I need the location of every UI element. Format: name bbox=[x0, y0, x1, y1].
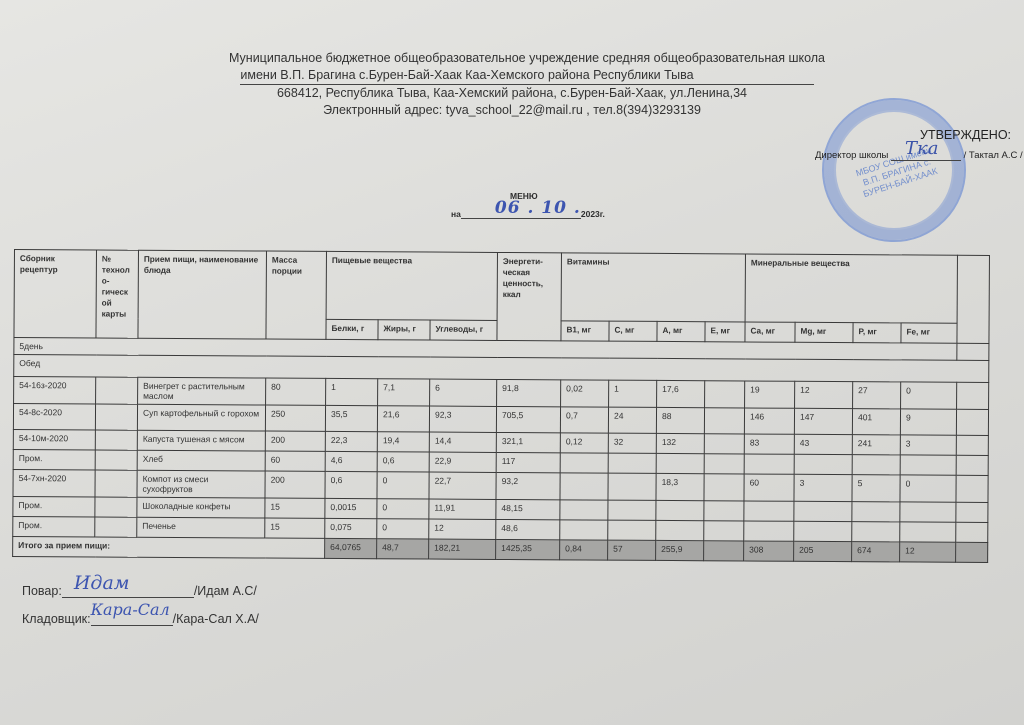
cook-name: /Идам А.С/ bbox=[194, 584, 257, 598]
cell-fe: 3 bbox=[900, 435, 956, 455]
menu-table: Сборник рецептур № технол о- гическ ой к… bbox=[12, 249, 990, 563]
cell-name: Винегрет с растительным маслом bbox=[138, 377, 266, 405]
cell-name: Хлеб bbox=[137, 450, 265, 471]
total-fat: 48,7 bbox=[377, 539, 429, 559]
cell-fe: 0 bbox=[901, 382, 957, 409]
cell-carbs: 14,4 bbox=[429, 432, 496, 452]
date-line: 06 . 10 . bbox=[461, 208, 581, 219]
cell-code: 54-10м-2020 bbox=[13, 429, 95, 450]
header-tech-card: № технол о- гическ ой карты bbox=[96, 250, 139, 338]
cell-energy: 117 bbox=[496, 452, 560, 472]
cell-fe: 0 bbox=[900, 475, 956, 502]
director-signature-block: Директор школы Тка / Тактал А.С / bbox=[815, 150, 1023, 161]
cell-p: 401 bbox=[852, 409, 900, 435]
cell-card bbox=[95, 497, 137, 517]
cell-protein: 0,075 bbox=[325, 518, 377, 538]
cook-label: Повар: bbox=[22, 584, 62, 598]
cell-code: 54-8с-2020 bbox=[13, 404, 95, 431]
header-ca: Са, мг bbox=[745, 322, 795, 342]
cell-e bbox=[704, 434, 744, 454]
cell-portion: 15 bbox=[265, 518, 325, 538]
total-b1: 0,84 bbox=[560, 540, 608, 560]
cell-protein: 22,3 bbox=[325, 431, 377, 451]
cell-extra bbox=[956, 455, 988, 475]
header-carbs: Углеводы, г bbox=[430, 320, 497, 340]
cell-protein: 0,0015 bbox=[325, 498, 377, 518]
cell-portion: 250 bbox=[265, 405, 325, 431]
cell-ca bbox=[744, 454, 794, 474]
cell-extra bbox=[956, 435, 988, 455]
cell-card bbox=[95, 450, 137, 470]
total-label: Итого за прием пищи: bbox=[13, 536, 325, 558]
cell-portion: 80 bbox=[266, 378, 326, 405]
cell-fat: 0 bbox=[377, 519, 429, 539]
header-energy: Энергети- ческая ценность, ккал bbox=[497, 252, 562, 340]
cell-b1 bbox=[560, 500, 608, 520]
cell-protein: 1 bbox=[326, 378, 378, 405]
cell-b1 bbox=[560, 453, 608, 473]
cell-portion: 200 bbox=[265, 431, 325, 451]
cell-b1: 0,02 bbox=[561, 380, 609, 407]
cell-e bbox=[704, 521, 744, 541]
cell-e bbox=[705, 381, 745, 408]
cell-a bbox=[656, 520, 704, 540]
cell-p bbox=[852, 522, 900, 542]
storekeeper-signature-line: Кара-Сал bbox=[91, 612, 173, 626]
cell-b1 bbox=[560, 473, 608, 500]
header-nutrients: Пищевые вещества bbox=[326, 251, 497, 320]
total-ca: 308 bbox=[744, 541, 794, 561]
cell-card bbox=[95, 430, 137, 450]
total-protein: 64,0765 bbox=[325, 538, 377, 558]
cell-portion: 60 bbox=[265, 451, 325, 471]
total-fe: 12 bbox=[900, 542, 956, 562]
cell-extra bbox=[957, 382, 989, 409]
cell-fe bbox=[900, 502, 956, 522]
cell-a: 17,6 bbox=[657, 380, 705, 407]
cell-protein: 35,5 bbox=[325, 405, 377, 431]
cell-ca bbox=[744, 501, 794, 521]
header-fat: Жиры, г bbox=[378, 320, 430, 340]
cell-card bbox=[96, 377, 138, 404]
cell-fe: 9 bbox=[900, 409, 956, 435]
total-a: 255,9 bbox=[656, 540, 704, 560]
cell-ca: 60 bbox=[744, 474, 794, 501]
cook-signature-block: Повар:Идам/Идам А.С/ bbox=[22, 584, 257, 598]
cell-e bbox=[704, 474, 744, 501]
cell-code: 54-7хн-2020 bbox=[13, 469, 95, 497]
cell-mg: 147 bbox=[794, 408, 852, 434]
cell-p: 5 bbox=[852, 475, 900, 502]
cell-protein: 4,6 bbox=[325, 451, 377, 471]
cell-carbs: 6 bbox=[430, 379, 497, 406]
cell-portion: 15 bbox=[265, 498, 325, 518]
total-c: 57 bbox=[608, 540, 656, 560]
director-label: Директор школы bbox=[815, 150, 888, 161]
date-suffix: 2023г. bbox=[581, 209, 605, 219]
cell-energy: 705,5 bbox=[496, 406, 560, 432]
school-name-line2: имени В.П. Брагина с.Бурен-Бай-Хаак Каа-… bbox=[240, 67, 813, 85]
day-row-extra bbox=[957, 343, 989, 360]
header-a: А, мг bbox=[657, 321, 705, 341]
cell-carbs: 92,3 bbox=[429, 406, 496, 432]
cell-card bbox=[95, 470, 137, 497]
cell-name: Компот из смеси сухофруктов bbox=[137, 470, 265, 498]
cell-card bbox=[95, 517, 137, 537]
director-name: / Тактал А.С / bbox=[964, 150, 1023, 161]
header-p: Р, мг bbox=[853, 323, 901, 343]
cell-a bbox=[656, 500, 704, 520]
cell-a: 132 bbox=[656, 433, 704, 453]
cell-b1: 0,12 bbox=[560, 433, 608, 453]
cell-extra bbox=[956, 475, 988, 502]
cell-name: Печенье bbox=[137, 517, 265, 538]
storekeeper-label: Кладовщик: bbox=[22, 612, 91, 626]
cell-p bbox=[852, 502, 900, 522]
cell-mg: 3 bbox=[794, 474, 852, 501]
total-carbs: 182,21 bbox=[429, 539, 496, 559]
cell-energy: 91,8 bbox=[497, 379, 561, 406]
cell-energy: 48,15 bbox=[496, 499, 560, 519]
cell-energy: 93,2 bbox=[496, 472, 560, 499]
school-stamp: МБОУ СОШ имени В.П. БРАГИНА с. БУРЕН-БАЙ… bbox=[822, 98, 966, 242]
cell-a: 88 bbox=[656, 407, 704, 433]
cell-b1: 0,7 bbox=[560, 407, 608, 433]
header-b1: В1, мг bbox=[561, 321, 609, 341]
storekeeper-signature: Кара-Сал bbox=[91, 600, 170, 619]
director-signature-line: Тка bbox=[891, 150, 961, 161]
cell-extra bbox=[956, 409, 988, 435]
date-handwritten: 06 . 10 . bbox=[495, 198, 581, 218]
header-vitamins: Витамины bbox=[561, 253, 745, 322]
header-minerals: Минеральные вещества bbox=[745, 254, 957, 323]
header-collection: Сборник рецептур bbox=[14, 250, 97, 338]
cell-e bbox=[704, 501, 744, 521]
total-extra bbox=[956, 542, 988, 562]
cell-code: Пром. bbox=[13, 496, 95, 517]
cell-protein: 0,6 bbox=[325, 471, 377, 498]
cell-fe bbox=[900, 455, 956, 475]
cell-mg: 43 bbox=[794, 434, 852, 454]
cell-mg bbox=[794, 501, 852, 521]
cell-c: 24 bbox=[608, 407, 656, 433]
cell-mg: 12 bbox=[795, 381, 853, 408]
cell-extra bbox=[956, 522, 988, 542]
cook-signature-line: Идам bbox=[62, 584, 194, 598]
cell-mg bbox=[794, 454, 852, 474]
cell-fat: 0,6 bbox=[377, 452, 429, 472]
cell-ca: 83 bbox=[744, 434, 794, 454]
cell-fat: 7,1 bbox=[378, 379, 430, 406]
cell-carbs: 12 bbox=[429, 519, 496, 539]
cell-fat: 21,6 bbox=[377, 406, 429, 432]
header-extra bbox=[957, 255, 990, 343]
cell-c bbox=[608, 453, 656, 473]
cell-c: 1 bbox=[609, 380, 657, 407]
cell-c: 32 bbox=[608, 433, 656, 453]
cell-fat: 19,4 bbox=[377, 432, 429, 452]
cell-energy: 48,6 bbox=[496, 519, 560, 539]
cell-a: 18,3 bbox=[656, 473, 704, 500]
cell-fe bbox=[900, 522, 956, 542]
cell-p: 241 bbox=[852, 435, 900, 455]
header-e: Е, мг bbox=[705, 322, 745, 342]
school-address: 668412, Республика Тыва, Каа-Хемский рай… bbox=[0, 85, 1024, 102]
cell-c bbox=[608, 473, 656, 500]
cell-e bbox=[704, 408, 744, 434]
cell-mg bbox=[794, 521, 852, 541]
cell-carbs: 22,9 bbox=[429, 452, 496, 472]
cell-name: Шоколадные конфеты bbox=[137, 497, 265, 518]
cell-portion: 200 bbox=[265, 471, 325, 498]
storekeeper-name: /Кара-Сал Х.А/ bbox=[173, 612, 259, 626]
cell-p bbox=[852, 455, 900, 475]
cell-card bbox=[95, 404, 137, 430]
cell-e bbox=[704, 454, 744, 474]
cell-carbs: 11,91 bbox=[429, 499, 496, 519]
header-fe: Fe, мг bbox=[901, 323, 957, 343]
cell-code: Пром. bbox=[13, 449, 95, 470]
cell-energy: 321,1 bbox=[496, 432, 560, 452]
total-mg: 205 bbox=[794, 541, 852, 561]
menu-date: на06 . 10 .2023г. bbox=[451, 208, 605, 219]
cell-ca: 19 bbox=[745, 381, 795, 408]
header-mg: Mg, мг bbox=[795, 322, 853, 342]
cell-p: 27 bbox=[853, 382, 901, 409]
cell-a bbox=[656, 453, 704, 473]
cell-fat: 0 bbox=[377, 472, 429, 499]
cell-c bbox=[608, 520, 656, 540]
cell-name: Суп картофельный с горохом bbox=[137, 404, 265, 431]
cell-name: Капуста тушеная с мясом bbox=[137, 430, 265, 451]
total-e bbox=[704, 541, 744, 561]
cell-ca bbox=[744, 521, 794, 541]
director-signature: Тка bbox=[905, 138, 939, 159]
school-name-line1: Муниципальное бюджетное общеобразователь… bbox=[0, 50, 1024, 67]
header-protein: Белки, г bbox=[326, 319, 378, 339]
total-p: 674 bbox=[852, 542, 900, 562]
header-portion: Масса порции bbox=[266, 251, 327, 339]
header-meal: Прием пищи, наименование блюда bbox=[138, 250, 267, 339]
cell-extra bbox=[956, 502, 988, 522]
cell-code: 54-16з-2020 bbox=[14, 377, 96, 405]
cell-carbs: 22,7 bbox=[429, 472, 496, 499]
cell-fat: 0 bbox=[377, 499, 429, 519]
cell-b1 bbox=[560, 520, 608, 540]
header-c: С, мг bbox=[609, 321, 657, 341]
cell-code: Пром. bbox=[13, 516, 95, 537]
cell-c bbox=[608, 500, 656, 520]
cell-ca: 146 bbox=[744, 408, 794, 434]
date-prefix: на bbox=[451, 209, 461, 219]
cook-signature: Идам bbox=[74, 572, 130, 594]
storekeeper-signature-block: Кладовщик:Кара-Сал/Кара-Сал Х.А/ bbox=[22, 612, 259, 626]
total-energy: 1425,35 bbox=[496, 539, 560, 559]
